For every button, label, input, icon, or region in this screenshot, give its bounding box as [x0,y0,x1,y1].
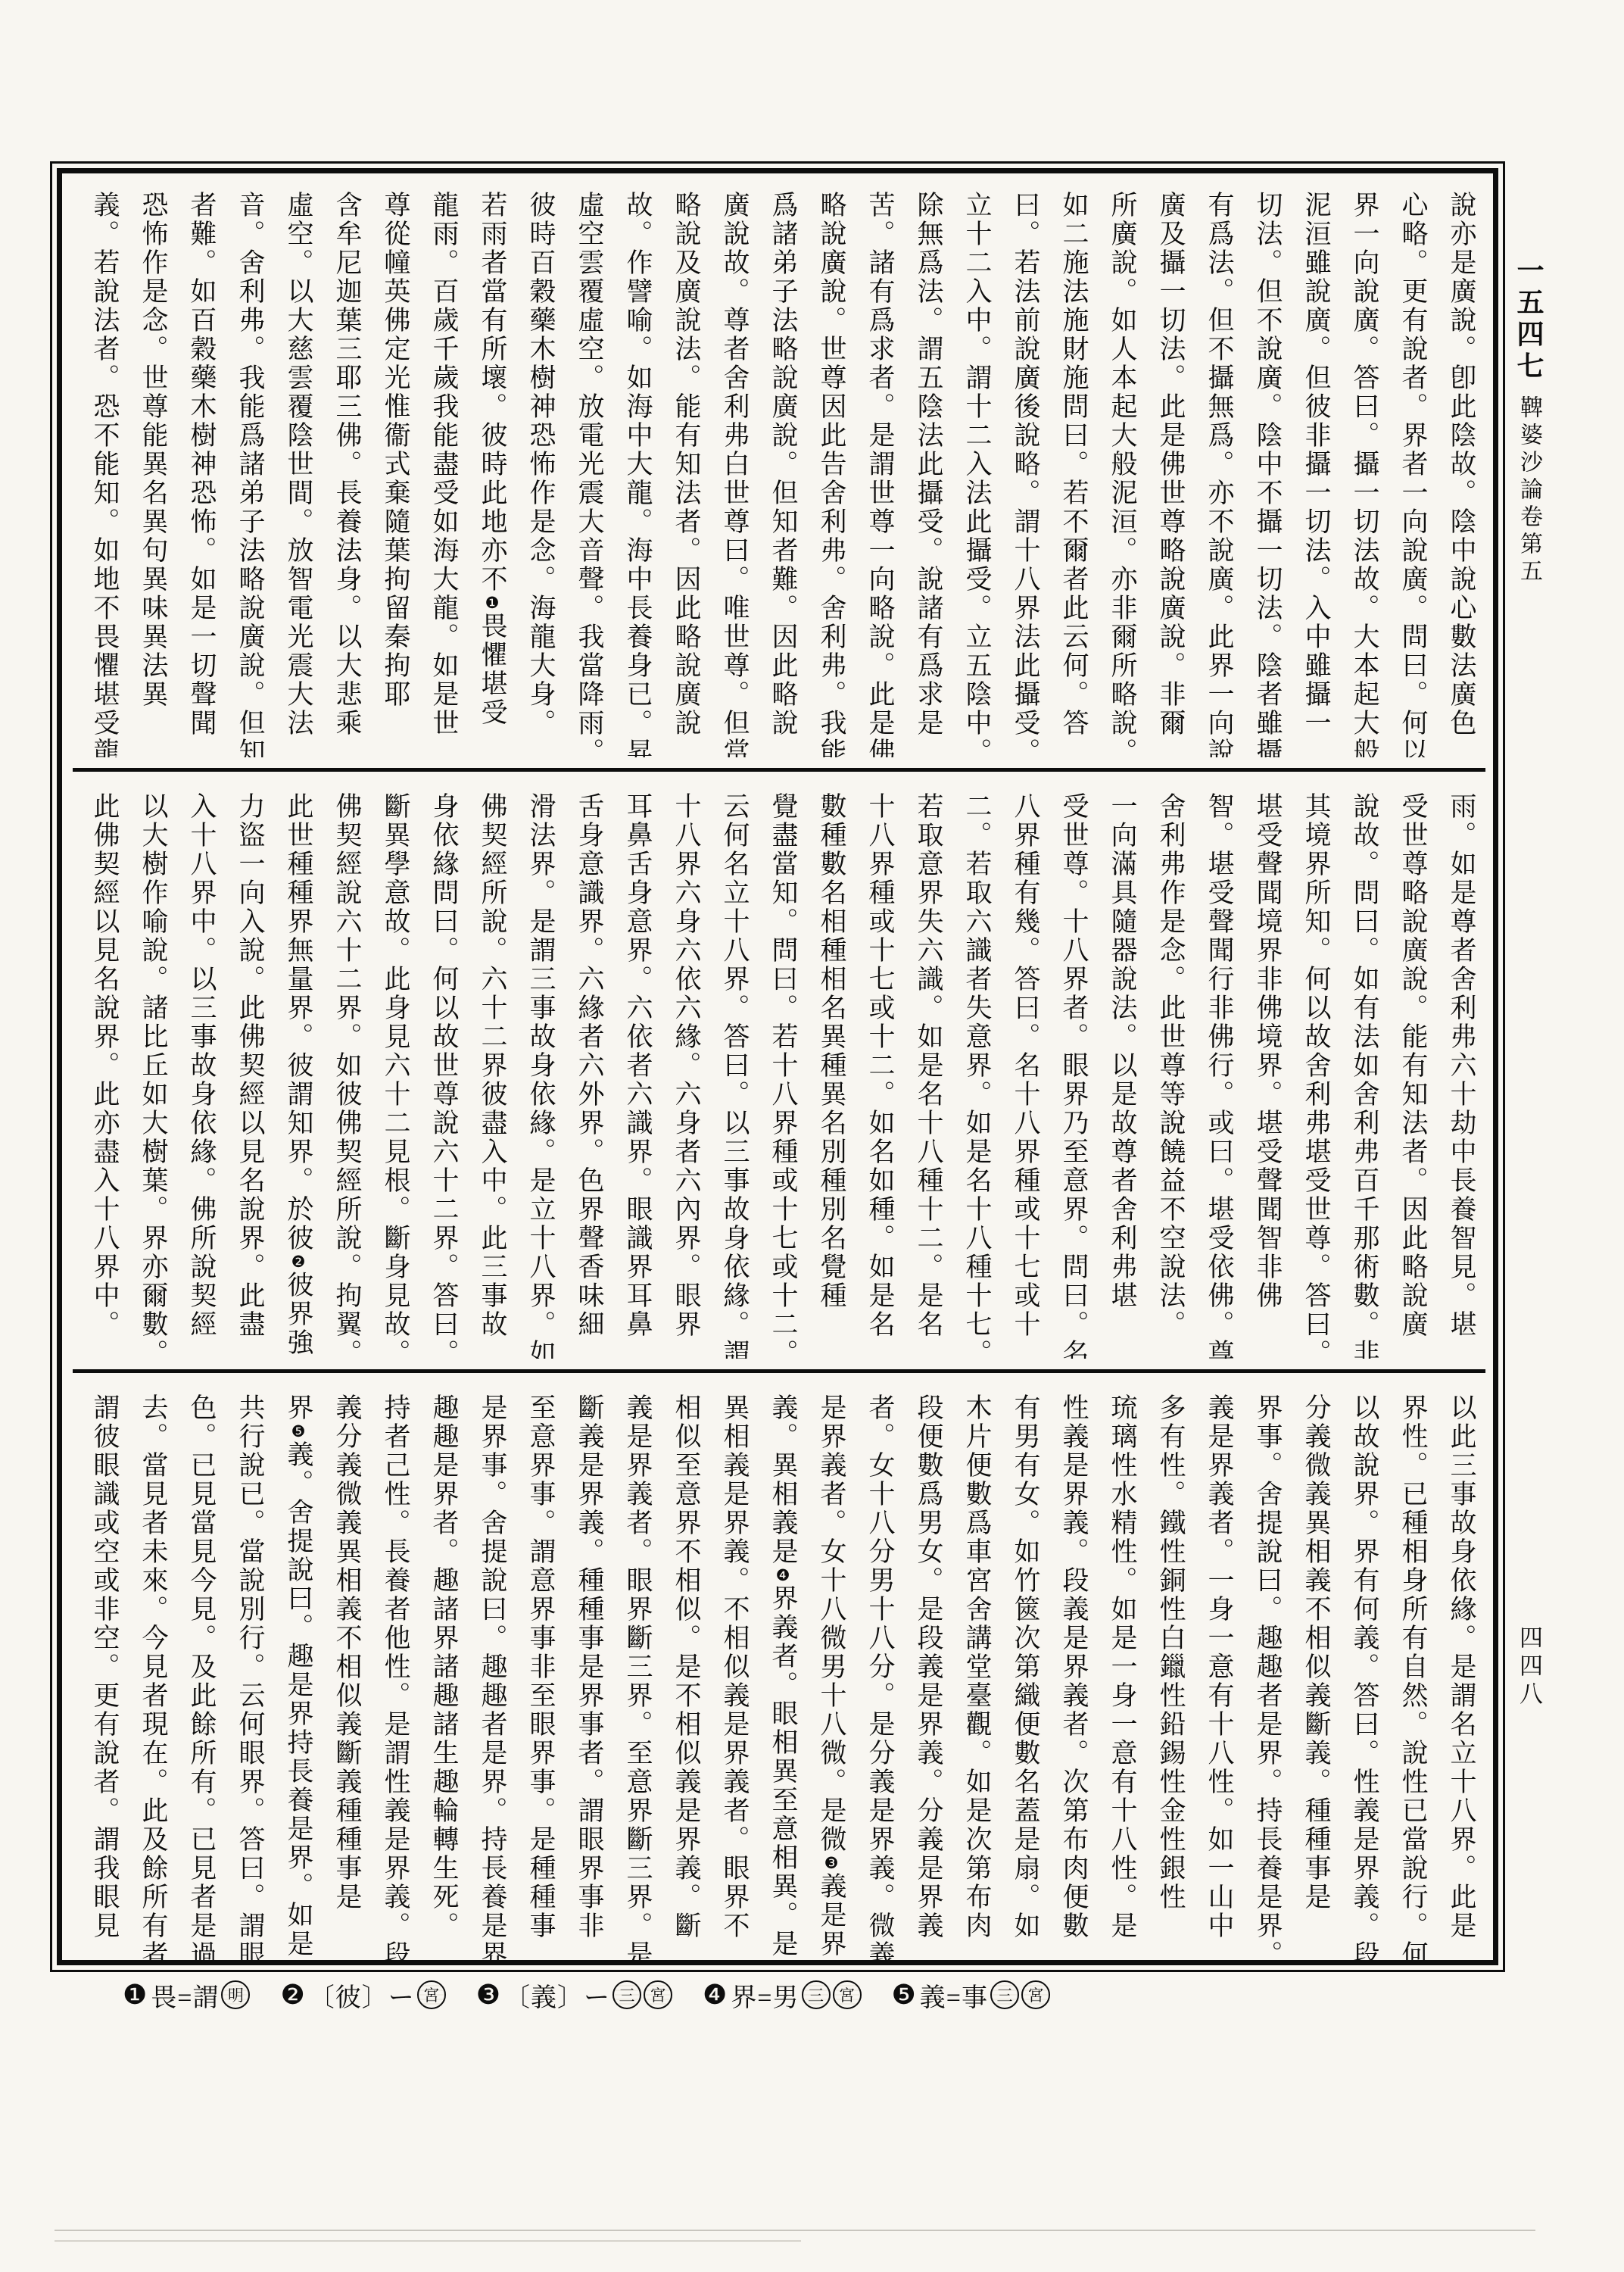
text-column: 有男有女。如竹篋次第織便數名蓋是扇。如 [1001,1393,1049,1960]
note-body: 〔義〕ー [504,1977,610,2014]
text-column: 佛契經說六十二界。如彼佛契經所說。拘翼。 [323,792,371,1359]
text-column: 所廣說。如人本起大般泥洹。亦非爾所略說。 [1098,191,1146,757]
scan-artifact-line [55,2230,1535,2231]
text-column: 此佛契經以見名說界。此亦盡入十八界中。 [80,792,129,1359]
text-column: 除無爲法。謂五陰法此攝受。說諸有爲求是 [904,191,952,757]
collation-note: ❸〔義〕ー三宮 [476,1977,672,2014]
text-column: 虛空。以大慈雲覆陰世間。放智電光震大法 [274,191,323,757]
text-column: 以故說界。界有何義。答曰。性義是界義。段義 [1340,1393,1389,1960]
text-column: 去。當見者未來。今見者現在。此及餘所有者。 [129,1393,177,1960]
text-column: 舌身意識界。六緣者六外界。色界聲香味細 [565,792,613,1359]
text-column: 若雨者當有所壞。彼時此地亦不❶畏懼堪受 [468,191,516,757]
text-column: 以此三事故身依緣。是謂名立十八界。此是 [1437,1393,1485,1960]
text-column: 共行說已。當說別行。云何眼界。答曰。謂眼見 [226,1393,274,1960]
text-column: 二。若取六識者失意界。如是名十八種十七。 [952,792,1001,1359]
text-column: 木片便數爲車宮舍講堂臺觀。如是次第布肉 [952,1393,1001,1960]
text-column: 性義是界義。段義是界義者。次第布肉便數 [1049,1393,1098,1960]
text-column: 斷義是界義。種種事是界事者。謂眼界事非 [565,1393,613,1960]
note-body: 義=事 [920,1977,988,2014]
register-bottom: 以此三事故身依緣。是謂名立十八界。此是界性。已種相身所有自然。說性已當說行。何以… [73,1393,1485,1960]
text-column: 心略。更有說者。界者一向說廣。問曰。何以故 [1389,191,1437,757]
text-column: 一向滿具隨器說法。以是故尊者舍利弗堪 [1098,792,1146,1359]
scan-artifact-line [55,2240,801,2242]
text-column: 義。若說法者。恐不能知。如地不畏懼堪受龍 [80,191,129,757]
text-column: 如二施法施財施問曰。若不爾者此云何。答 [1049,191,1098,757]
margin-page-number: 一五四七 [1510,256,1548,383]
text-column: 立十二入中。謂十二入法此攝受。立五陰中。 [952,191,1001,757]
text-column: 分義微義異相義不相似義斷義。種種事是 [1292,1393,1340,1960]
note-number: ❷ [280,1979,305,2011]
text-column: 至意界事。謂意界事非至眼界事。是種種事 [516,1393,565,1960]
text-column: 說故。問曰。如有法如舍利弗百千那術數。非 [1340,792,1389,1359]
edition-mark: 宮 [833,1980,862,2009]
text-column: 義是界義者。一身一意有十八性。如一山中 [1195,1393,1243,1960]
note-number: ❹ [703,1979,728,2011]
text-column: 廣說故。尊者舍利弗白世尊曰。唯世尊。但當 [710,191,759,757]
text-column: 斷異學意故。此身見六十二見根。斷身見故。 [371,792,419,1359]
text-column: 界事。舍提說曰。趣趣者是界。持長養是界。性 [1243,1393,1292,1960]
text-column: 十八界種或十七或十二。如名如種。如是名 [856,792,904,1359]
text-column: 者難。如百穀藥木樹神恐怖。如是一切聲聞 [177,191,226,757]
text-column: 有爲法。但不攝無爲。亦不說廣。此界一向說 [1195,191,1243,757]
text-column: 雨。如是尊者舍利弗六十劫中長養智見。堪 [1437,792,1485,1359]
margin-running-title: 鞞婆沙論卷第五 [1512,395,1545,586]
text-column: 泥洹雖說廣。但彼非攝一切法。入中雖攝一 [1292,191,1340,757]
register-divider-2 [73,1369,1485,1373]
text-column: 智。堪受聲聞行非佛行。或曰。堪受依佛。尊者 [1195,792,1243,1359]
text-column: 切法。但不說廣。陰中不攝一切法。陰者雖攝 [1243,191,1292,757]
text-column: 異相義是界義。不相似義是界義者。眼界不 [710,1393,759,1960]
collation-note: ❶畏=謂明 [123,1977,250,2014]
text-column: 舍利弗作是念。此世尊等說饒益不空說法。 [1146,792,1195,1359]
text-column: 義。異相義是❹界義者。眼相異至意相異。是 [759,1393,807,1960]
text-column: 曰。若法前說廣後說略。謂十八界法此攝受。 [1001,191,1049,757]
text-column: 段便數爲男女。是段義是界義。分義是界義 [904,1393,952,1960]
text-column: 若取意界失六識。如是名十八種十二。是名 [904,792,952,1359]
note-number: ❸ [476,1979,501,2011]
inline-note-marker: ❹ [774,1566,792,1584]
edition-mark: 明 [221,1980,250,2009]
text-column: 含牟尼迦葉三耶三佛。長養法身。以大悲乘 [323,191,371,757]
text-column: 堪受聲聞境界非佛境界。堪受聲聞智非佛 [1243,792,1292,1359]
edition-mark: 宮 [417,1980,446,2009]
edition-mark: 三 [802,1980,831,2009]
text-column: 耳鼻舌身意界。六依者六識界。眼識界耳鼻 [613,792,662,1359]
text-column: 數種數名相種相名異種異名別種別名覺種 [807,792,856,1359]
text-column: 界性。已種相身所有自然。說性已當說行。何 [1389,1393,1437,1960]
text-column: 十八界六身六依六緣。六身者六內界。眼界 [662,792,710,1359]
text-column: 音。舍利弗。我能爲諸弟子法略說廣說。但知 [226,191,274,757]
inline-note-marker: ❸ [822,1854,840,1872]
collation-note: ❺義=事三宮 [892,1977,1050,2014]
text-column: 義分義微義異相義不相似義斷義種種事是 [323,1393,371,1960]
edition-mark: 三 [613,1980,641,2009]
text-column: 色。已見當見今見。及此餘所有。已見者是過 [177,1393,226,1960]
edition-mark: 宮 [1021,1980,1050,2009]
text-column: 入十八界中。以三事故身依緣。佛所說契經 [177,792,226,1359]
text-column: 恐怖作是念。世尊能異名異句異味異法異 [129,191,177,757]
text-column: 趣趣是界者。趣諸界諸趣諸生趣輪轉生死。 [419,1393,468,1960]
collation-note: ❹界=男三宮 [703,1977,861,2014]
text-column: 覺盡當知。問曰。若十八界種或十七或十二。 [759,792,807,1359]
text-column: 八界種有幾。答曰。名十八界種或十七或十 [1001,792,1049,1359]
inline-note-marker: ❶ [483,594,501,612]
note-number: ❺ [892,1979,917,2011]
register-top: 說亦是廣說。卽此陰故。陰中說心數法廣色心略。更有說者。界者一向說廣。問曰。何以故… [73,191,1485,757]
inline-note-marker: ❷ [289,1253,307,1271]
text-column: 力盜一向入說。此佛契經以見名說界。此盡 [226,792,274,1359]
edition-mark: 三 [990,1980,1019,2009]
text-column: 受世尊略說廣說。能有知法者。因此略說廣 [1389,792,1437,1359]
text-column: 界❺義。舍提說曰。趣是界持長養是界。如是 [274,1393,323,1960]
scanned-sutra-page: 說亦是廣說。卽此陰故。陰中說心數法廣色心略。更有說者。界者一向說廣。問曰。何以故… [0,0,1624,2272]
text-column: 琉璃性水精性。如是一身一意有十八性。是 [1098,1393,1146,1960]
text-column: 略說廣說。世尊因此告舍利弗。舍利弗。我能 [807,191,856,757]
text-column: 受世尊。十八界者。眼界乃至意界。問曰。名十 [1049,792,1098,1359]
text-column: 是界義者。女十八微男十八微。是微❸義是界 [807,1393,856,1960]
text-column: 持者己性。長養者他性。是謂性義是界義。段 [371,1393,419,1960]
text-column: 廣及攝一切法。此是佛世尊略說廣說。非爾 [1146,191,1195,757]
note-number: ❶ [123,1979,148,2011]
register-divider-1 [73,768,1485,772]
note-body: 畏=謂 [151,1977,219,2014]
note-body: 界=男 [731,1977,799,2014]
text-column: 滑法界。是謂三事故身依緣。是立十八界。如 [516,792,565,1359]
margin-folio-number: 四四八 [1512,1625,1546,1709]
text-column: 爲諸弟子法略說廣說。但知者難。因此略說 [759,191,807,757]
text-column: 義是界義者。眼界斷三界。至意界斷三界。是 [613,1393,662,1960]
collation-note: ❷〔彼〕ー宮 [280,1977,445,2014]
text-column: 其境界所知。何以故舍利弗堪受世尊。答曰。 [1292,792,1340,1359]
text-column: 虛空雲覆虛空。放電光震大音聲。我當降雨。 [565,191,613,757]
text-column: 多有性。鐵性銅性白鑞性鉛錫性金性銀性 [1146,1393,1195,1960]
text-column: 以大樹作喻說。諸比丘如大樹葉。界亦爾數。 [129,792,177,1359]
collation-notes-row: ❶畏=謂明❷〔彼〕ー宮❸〔義〕ー三宮❹界=男三宮❺義=事三宮 [123,1975,1076,2015]
text-column: 龍雨。百歲千歲我能盡受如海大龍。如是世 [419,191,468,757]
edition-mark: 宮 [644,1980,672,2009]
text-column: 此世種種界無量界。彼謂知界。於彼❷彼界強 [274,792,323,1359]
text-column: 略說及廣說法。能有知法者。因此略說廣說 [662,191,710,757]
text-column: 是界事。舍提說曰。趣趣者是界。持長養是界。 [468,1393,516,1960]
text-column: 彼時百穀藥木樹神恐怖作是念。海龍大身。 [516,191,565,757]
text-column: 相似至意界不相似。是不相似義是界義。斷 [662,1393,710,1960]
inline-note-marker: ❺ [289,1422,307,1440]
text-column: 苦。諸有爲求者。是謂世尊一向略說。此是佛 [856,191,904,757]
text-column: 故。作譬喻。如海中大龍。海中長養身已。昇在 [613,191,662,757]
note-body: 〔彼〕ー [309,1977,415,2014]
text-column: 謂彼眼識或空或非空。更有說者。謂我眼見 [80,1393,129,1960]
text-column: 尊從幢英佛定光惟衞式棄隨葉拘留秦拘耶 [371,191,419,757]
text-column: 身依緣問曰。何以故世尊說六十二界。答曰。 [419,792,468,1359]
register-middle: 雨。如是尊者舍利弗六十劫中長養智見。堪受世尊略說廣說。能有知法者。因此略說廣說故… [73,792,1485,1359]
text-column: 佛契經所說。六十二界彼盡入中。此三事故 [468,792,516,1359]
text-column: 界一向說廣。答曰。攝一切法故。大本起大般 [1340,191,1389,757]
text-column: 者。女十八分男十八分。是分義是界義。微義 [856,1393,904,1960]
text-column: 云何名立十八界。答曰。以三事故身依緣。謂 [710,792,759,1359]
text-column: 說亦是廣說。卽此陰故。陰中說心數法廣色 [1437,191,1485,757]
